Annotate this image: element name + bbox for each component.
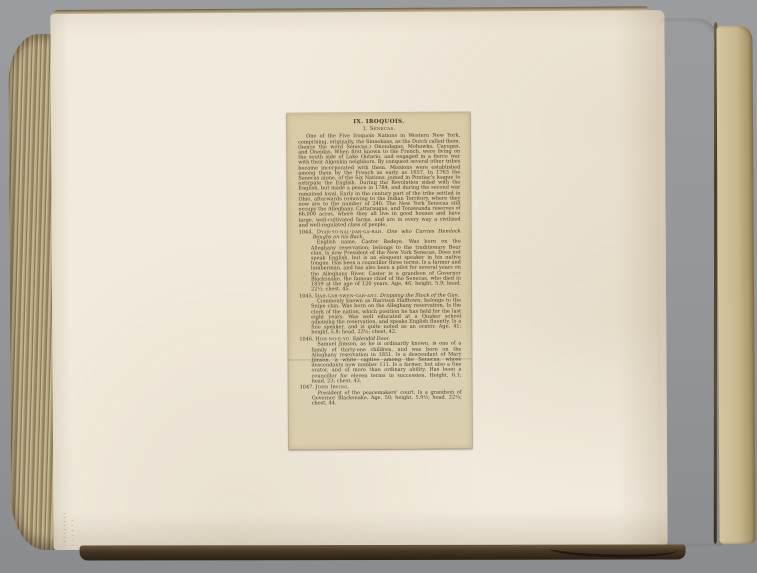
pasted-catalogue-clipping: IX. IROQUOIS. 1. Senecas. One of the Fiv… (287, 112, 472, 449)
clipping-text: IX. IROQUOIS. 1. Senecas. One of the Fiv… (287, 112, 472, 414)
catalog-entry-1046: 1046. Hoh-no-e-yo. Splendid Door. Samuel… (299, 337, 461, 385)
pencil-annotation (61, 508, 81, 554)
entry-number: 1047. (300, 385, 314, 391)
entry-body: President of the peacemakers' court. Is … (312, 390, 462, 407)
catalog-entry-1047: 1047. John Irving. President of the peac… (300, 385, 462, 407)
entry-number: 1045. (299, 293, 313, 299)
entry-body: English name, Castor Redeye. Was born on… (311, 240, 461, 293)
subsection-heading: 1. Senecas. (298, 126, 460, 132)
right-page-edge (716, 26, 755, 544)
catalog-entry-1044: 1044. Dyar-yo-nal-dar-ga-rah. One who Ca… (299, 230, 461, 293)
album-page: IX. IROQUOIS. 1. Senecas. One of the Fiv… (50, 10, 667, 550)
photo-background: IX. IROQUOIS. 1. Senecas. One of the Fiv… (0, 0, 757, 573)
section-heading: IX. IROQUOIS. (298, 120, 460, 126)
intro-paragraph: One of the Five Iroquois Nations in West… (298, 134, 461, 229)
entry-number: 1046. (299, 337, 313, 343)
catalog-entry-1045: 1045. Dah-gar-swen-gar-ant. Dropping the… (299, 293, 461, 336)
open-album-book: IX. IROQUOIS. 1. Senecas. One of the Fiv… (6, 4, 751, 567)
entry-body: Commonly known as Harrison Halftown; bel… (311, 299, 461, 336)
entry-body: Samuel Jimson, as he is ordinarily known… (311, 342, 461, 385)
entry-number: 1044. (299, 229, 313, 235)
